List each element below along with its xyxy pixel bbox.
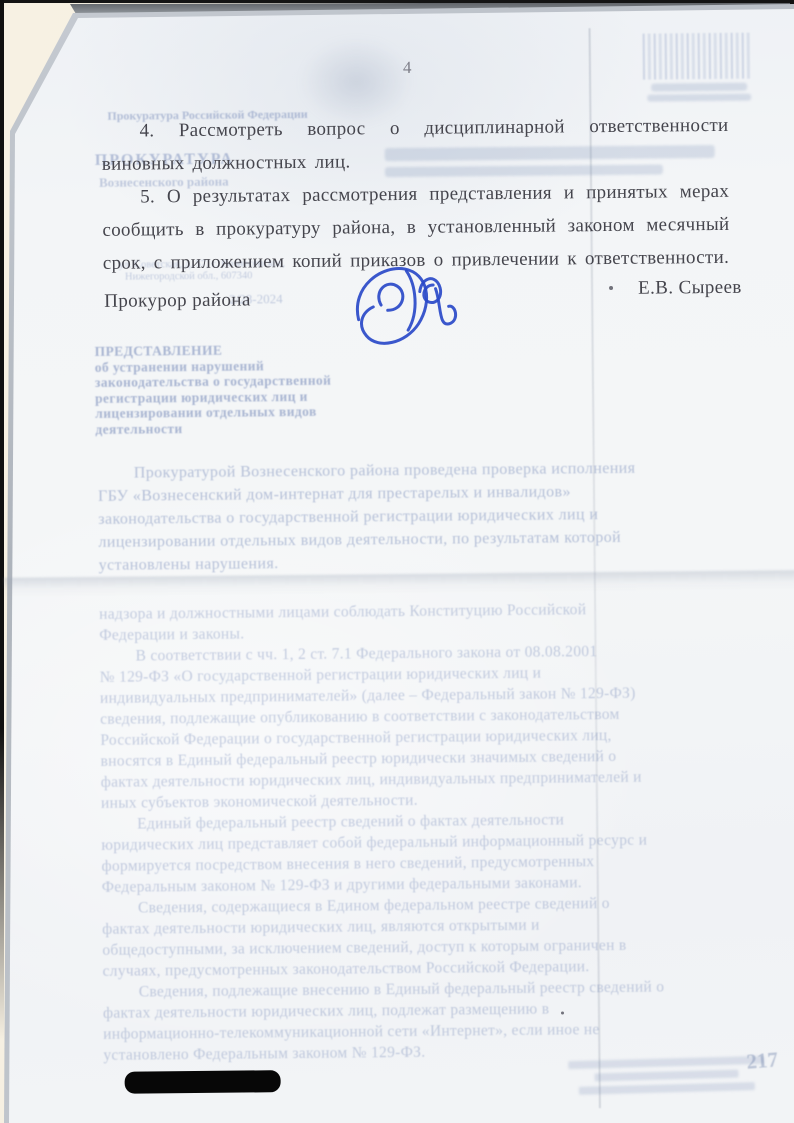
page-content: Прокуратура Российской Федерации ПРОКУРА…	[0, 0, 794, 1123]
bleedthrough-heading: ПРЕДСТАВЛЕНИЕ об устранении нарушений за…	[95, 341, 426, 437]
page-number: 4	[403, 58, 412, 78]
bleedthrough-paragraph-2: надзора и должностными лицами соблюдать …	[99, 598, 755, 1066]
signer-title: Прокурор района	[104, 289, 251, 312]
ink-speck	[609, 286, 613, 290]
signer-name: Е.В. Сыреев	[638, 277, 742, 300]
barcode-caption-smudge	[647, 94, 751, 102]
paragraph-4: 4. Рассмотреть вопрос о дисциплинарной о…	[101, 109, 729, 181]
redaction-bar	[125, 1070, 281, 1093]
barcode-caption-smudge	[651, 83, 747, 92]
barcode-stamp-bleedthrough	[643, 33, 753, 80]
stamp-bleedthrough	[556, 1051, 777, 1109]
stamp-smudge-line	[568, 1056, 764, 1069]
bleedthrough-heading-line: деятельности	[95, 418, 425, 437]
stamp-smudge-line	[579, 1082, 755, 1095]
bleedthrough-paragraph-1: Прокуратурой Вознесенского района провед…	[98, 456, 751, 577]
page-ref-mark: 217	[746, 1047, 779, 1074]
scanned-document-page: Прокуратура Российской Федерации ПРОКУРА…	[0, 0, 794, 1123]
stamp-smudge-line	[594, 1070, 738, 1082]
